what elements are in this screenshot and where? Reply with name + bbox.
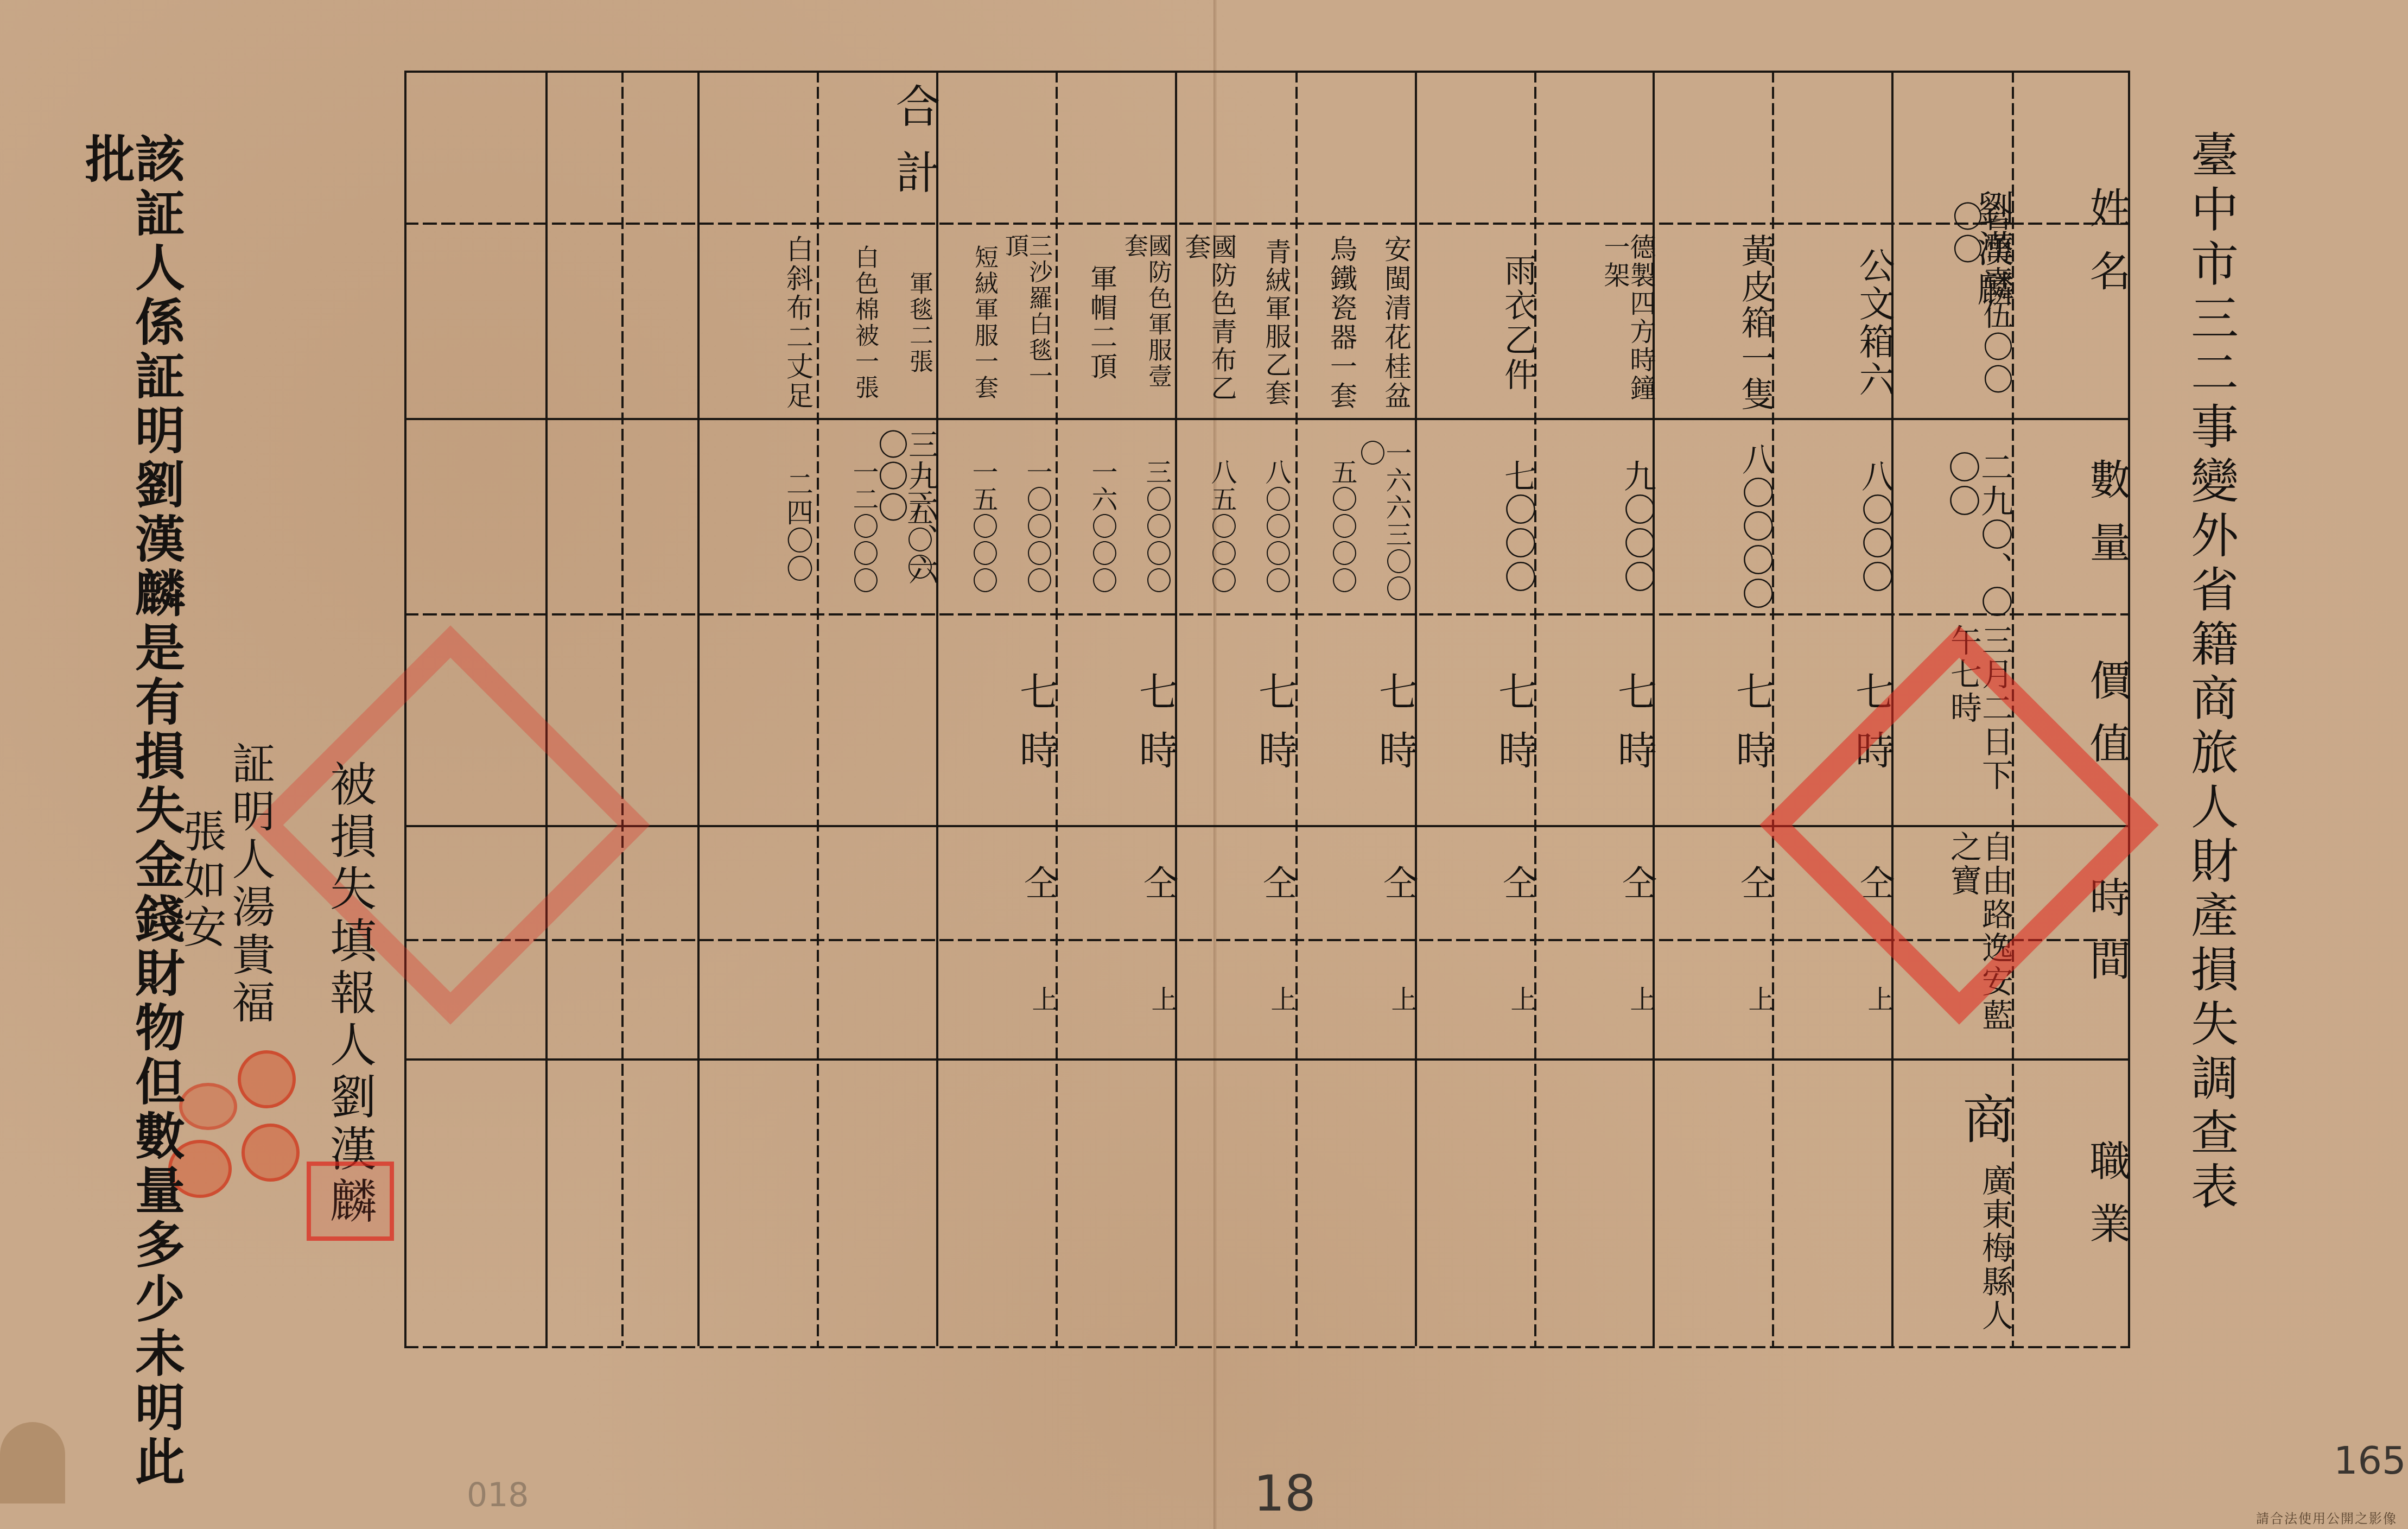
remark-note: 該証人係証明劉漢麟是有損失金錢財物但數量多少未明此批	[81, 133, 181, 1529]
witness-seal-2	[242, 1124, 300, 1182]
watermark-text: 請合法使用公開之影像	[2256, 1508, 2397, 1527]
archive-logo-icon	[0, 1422, 65, 1503]
page-number-faint: 018	[467, 1476, 529, 1514]
reporter-seal	[307, 1162, 394, 1241]
reporter-signature: 被損失填報人劉漢麟	[326, 760, 372, 1229]
witness-seal-3	[179, 1083, 237, 1130]
loss-table: 姓名 數量 價值 時間 職業 劉漢麟 合幣壹伍〇〇〇〇 二九〇、〇〇〇 三月二日…	[404, 71, 2130, 1346]
person-total-summary: 合幣壹伍〇〇〇〇	[1897, 201, 2011, 418]
person-origin: 廣東梅縣人	[1897, 1156, 2011, 1341]
total-label: 合計	[817, 81, 936, 217]
person-total-value: 二九〇、〇〇〇	[1897, 451, 2011, 624]
document-title: 臺中市三二事變外省籍商旅人財產損失調查表	[2187, 130, 2235, 1216]
total-value: 三九六、六〇〇〇	[817, 429, 936, 613]
header-name-label: 姓名	[2019, 98, 2127, 402]
witness-name-2: 張如安	[179, 809, 223, 952]
header-items-label: 數量	[2019, 423, 2127, 619]
person-occupation: 商	[1897, 1080, 2011, 1156]
page-number-center: 18	[1254, 1465, 1316, 1522]
witness-seal-1	[238, 1050, 296, 1108]
header-occupation-label: 職業	[2019, 1064, 2127, 1341]
page-number-right: 165	[2334, 1438, 2406, 1483]
witness-name-1: 証明人湯貴福	[228, 741, 271, 1027]
